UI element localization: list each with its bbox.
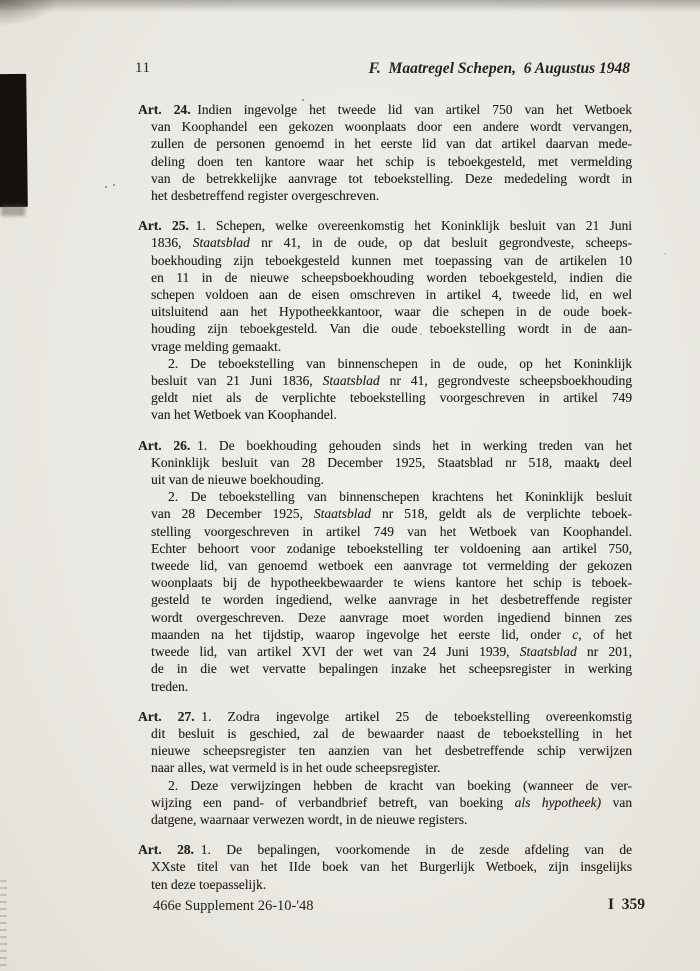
text-line: 2. De teboekstelling van binnenschepen k… (151, 488, 632, 505)
text-run: zullen de personen genoemd in het eerste… (151, 136, 632, 151)
text-line: wijzing een pand- of verbandbrief betref… (151, 794, 632, 811)
text-run: stelling voorgeschreven in artikel 749 v… (151, 524, 632, 539)
text-line: 2. Deze verwijzingen hebben de kracht va… (151, 777, 632, 794)
text-line: uit van de nieuwe boekhouding. (151, 471, 632, 488)
text-run: nieuwe scheepsregister ten aanzien van h… (151, 743, 632, 758)
text-line: nieuwe scheepsregister ten aanzien van h… (151, 742, 632, 759)
text-line: Art. 24. Indien ingevolge het tweede lid… (138, 101, 632, 118)
italic-text-run: Staatsblad (314, 506, 371, 521)
text-run: boekhouding zijn teboekgesteld kunnen me… (151, 253, 632, 268)
text-run: houding zijn teboekgesteld. Van die oude… (151, 321, 632, 336)
scan-smudge-artifact (1, 205, 25, 216)
article: Art. 25. 1. Schepen, welke overeenkomsti… (151, 217, 632, 423)
text-run: uitsluitend aan het Hypotheekkantoor, wa… (151, 304, 632, 319)
text-line: schepen voldoen aan de eisen omschreven … (151, 286, 632, 303)
text-run: besluit van 21 Juni 1836, (151, 373, 323, 388)
article-label: Art. 26. (138, 438, 190, 453)
article: Art. 24. Indien ingevolge het tweede lid… (151, 101, 632, 204)
text-run: wijzing een pand- of verbandbrief betref… (151, 795, 515, 810)
text-run: Echter behoort voor zodanige teboekstell… (151, 541, 632, 556)
scan-edge-artifact (0, 0, 700, 12)
text-line: uitsluitend aan het Hypotheekkantoor, wa… (151, 303, 632, 320)
text-run: woonplaats bij de hypotheekbewaarder te … (151, 575, 632, 590)
footer-page-code: I 359 (608, 896, 645, 914)
text-run: 1. Schepen, welke overeenkomstig het Kon… (189, 218, 632, 233)
text-line: tweede lid, van genoemd wetboek een aanv… (151, 557, 632, 574)
text-run: ten deze toepasselijk. (151, 877, 266, 892)
italic-text-run: als hypotheek) (515, 795, 601, 810)
text-run: van de betrekkelijke aanvrage tot teboek… (151, 171, 632, 186)
text-line: naar alles, wat vermeld is in het oude s… (151, 759, 632, 776)
text-line: Art. 25. 1. Schepen, welke overeenkomsti… (138, 217, 632, 234)
text-run: 1836, (151, 235, 193, 250)
text-line: gesteld te worden ingediend, welke aanvr… (151, 591, 632, 608)
article-label: Art. 28. (138, 842, 194, 857)
running-title: F. Maatregel Schepen, 6 Augustus 1948 (369, 60, 630, 78)
text-line: vrage melding gemaakt. (151, 338, 632, 355)
text-run: vrage melding gemaakt. (151, 339, 281, 354)
text-run: Koninklijk besluit van 28 December 1925,… (151, 455, 632, 470)
text-line: houding zijn teboekgesteld. Van die oude… (151, 320, 632, 337)
text-line: van 28 December 1925, Staatsblad nr 518,… (151, 505, 632, 522)
text-run: Indien ingevolge het tweede lid van arti… (191, 102, 632, 117)
text-run: 2. De teboekstelling van binnenschepen k… (168, 489, 632, 504)
text-run: XXste titel van het IIde boek van het Bu… (151, 859, 632, 874)
text-run: tweede lid, van genoemd wetboek een aanv… (151, 558, 632, 573)
text-run: treden. (151, 679, 188, 694)
text-line: van de betrekkelijke aanvrage tot teboek… (151, 170, 632, 187)
text-run: van Koophandel een gekozen woonplaats do… (151, 119, 632, 134)
text-line: deling doen ten kantore waar het schip i… (151, 153, 632, 170)
text-run: geldt niet als de verplichte teboekstell… (151, 390, 632, 405)
text-run: wordt overgeschreven. Deze aanvrage moet… (151, 610, 632, 625)
text-line: 2. De teboekstelling van binnenschepen i… (151, 355, 632, 372)
scanned-page: 11 F. Maatregel Schepen, 6 Augustus 1948… (0, 0, 700, 971)
italic-text-run: Staatsblad (520, 644, 577, 659)
text-line: maanden na het tijdstip, waarop ingevolg… (151, 626, 632, 643)
text-line: van Koophandel een gekozen woonplaats do… (151, 118, 632, 135)
document-body: Art. 24. Indien ingevolge het tweede lid… (151, 101, 632, 893)
text-line: zullen de personen genoemd in het eerste… (151, 135, 632, 152)
text-run: van het Wetboek van Koophandel. (151, 407, 337, 422)
text-run: en 11 in de nieuwe scheepsboekhouding wo… (151, 270, 632, 285)
scan-speck (664, 253, 666, 255)
article-label: Art. 24. (138, 102, 191, 117)
text-line: de in die wet vervatte bepalingen inzake… (151, 660, 632, 677)
text-run: datgene, waarnaar verwezen wordt, in de … (151, 812, 467, 827)
text-run: van (601, 795, 632, 810)
text-run: 2. Deze verwijzingen hebben de kracht va… (168, 778, 632, 793)
text-run: dit besluit is geschied, zal de bewaarde… (151, 726, 632, 741)
text-run: maanden na het tijdstip, waarop ingevolg… (151, 627, 572, 642)
text-run: 1. Zodra ingevolge artikel 25 de teboeks… (195, 709, 632, 724)
text-run: naar alles, wat vermeld is in het oude s… (151, 760, 440, 775)
text-line: Art. 28. 1. De bepalingen, voorkomende i… (138, 841, 632, 858)
article-label: Art. 27. (138, 709, 195, 724)
text-run: nr 41, in de oude, op dat besluit gegron… (250, 235, 632, 250)
page-number: 11 (135, 60, 150, 77)
page-footer: 466e Supplement 26-10-'48 I 359 (0, 896, 700, 918)
text-line: Koninklijk besluit van 28 December 1925,… (151, 454, 632, 471)
text-line: stelling voorgeschreven in artikel 749 v… (151, 523, 632, 540)
text-run: schepen voldoen aan de eisen omschreven … (151, 287, 632, 302)
text-line: datgene, waarnaar verwezen wordt, in de … (151, 811, 632, 828)
text-line: treden. (151, 678, 632, 695)
page-header: 11 F. Maatregel Schepen, 6 Augustus 1948 (0, 60, 700, 80)
text-line: woonplaats bij de hypotheekbewaarder te … (151, 574, 632, 591)
text-line: Art. 26. 1. De boekhouding gehouden sind… (138, 437, 632, 454)
scan-speck (113, 184, 115, 186)
text-run: gesteld te worden ingediend, welke aanvr… (151, 592, 632, 607)
text-run: , of het (578, 627, 632, 642)
text-line: en 11 in de nieuwe scheepsboekhouding wo… (151, 269, 632, 286)
footer-supplement-note: 466e Supplement 26-10-'48 (153, 898, 313, 915)
text-run: 2. De teboekstelling van binnenschepen i… (168, 356, 632, 371)
text-line: boekhouding zijn teboekgesteld kunnen me… (151, 252, 632, 269)
text-run: tweede lid, van artikel XVI der wet van … (151, 644, 520, 659)
text-line: tweede lid, van artikel XVI der wet van … (151, 643, 632, 660)
text-run: nr 41, gegrondveste scheepsboekhouding (380, 373, 632, 388)
article: Art. 27. 1. Zodra ingevolge artikel 25 d… (151, 708, 632, 828)
text-run: 1. De bepalingen, voorkomende in de zesd… (194, 842, 632, 857)
scan-black-bar-artifact (0, 74, 28, 207)
italic-text-run: Staatsblad (323, 373, 380, 388)
text-line: wordt overgeschreven. Deze aanvrage moet… (151, 609, 632, 626)
text-line: XXste titel van het IIde boek van het Bu… (151, 858, 632, 875)
text-line: dit besluit is geschied, zal de bewaarde… (151, 725, 632, 742)
text-line: 1836, Staatsblad nr 41, in de oude, op d… (151, 234, 632, 251)
text-run: de in die wet vervatte bepalingen inzake… (151, 661, 632, 676)
scan-noise-strip (0, 880, 7, 971)
text-line: Art. 27. 1. Zodra ingevolge artikel 25 d… (138, 708, 632, 725)
text-run: van 28 December 1925, (151, 506, 314, 521)
article-label: Art. 25. (138, 218, 189, 233)
scan-corner-shadow (0, 0, 60, 26)
text-run: deling doen ten kantore waar het schip i… (151, 154, 632, 169)
text-line: Echter behoort voor zodanige teboekstell… (151, 540, 632, 557)
article: Art. 26. 1. De boekhouding gehouden sind… (151, 437, 632, 695)
text-run: 1. De boekhouding gehouden sinds het in … (190, 438, 632, 453)
text-run: uit van de nieuwe boekhouding. (151, 472, 324, 487)
text-line: geldt niet als de verplichte teboekstell… (151, 389, 632, 406)
text-line: ten deze toepasselijk. (151, 876, 632, 893)
text-run: nr 518, geldt als de verplichte teboek- (371, 506, 632, 521)
text-line: besluit van 21 Juni 1836, Staatsblad nr … (151, 372, 632, 389)
italic-text-run: Staatsblad (193, 235, 250, 250)
text-run: nr 201, (577, 644, 632, 659)
text-line: van het Wetboek van Koophandel. (151, 406, 632, 423)
text-line: het desbetreffend register overgeschreve… (151, 187, 632, 204)
text-run: het desbetreffend register overgeschreve… (151, 188, 379, 203)
scan-speck (105, 186, 107, 188)
article: Art. 28. 1. De bepalingen, voorkomende i… (151, 841, 632, 893)
